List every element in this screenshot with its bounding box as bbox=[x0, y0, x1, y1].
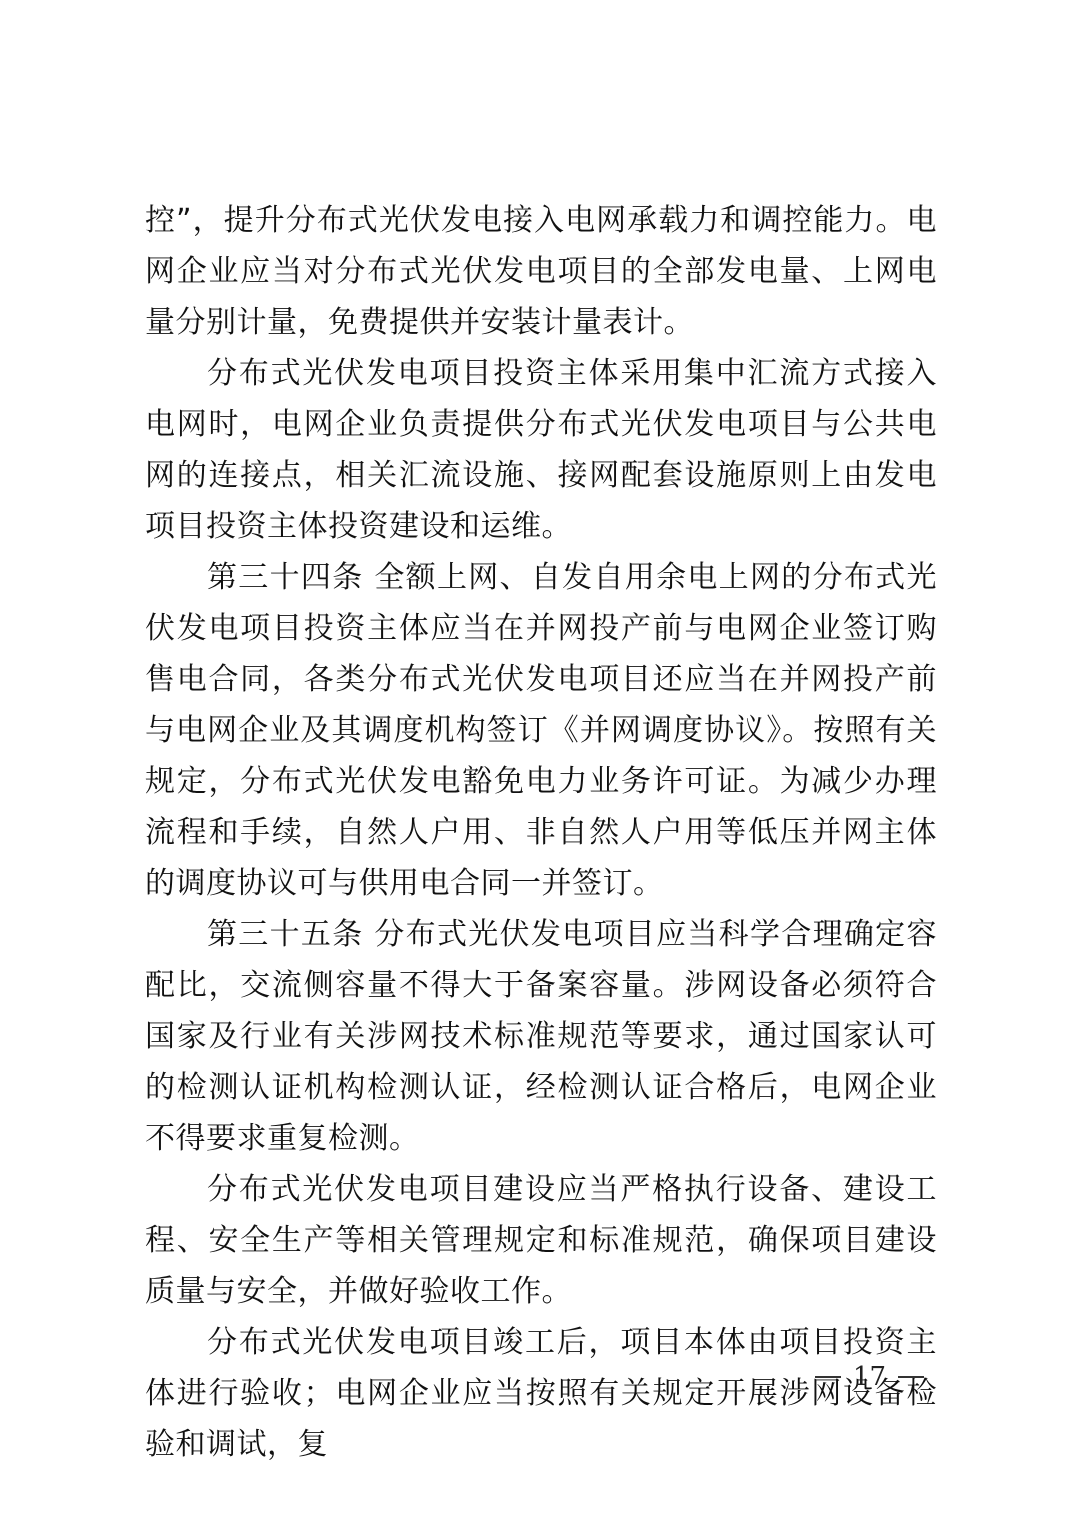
document-body: 控”，提升分布式光伏发电接入电网承载力和调控能力。电网企业应当对分布式光伏发电项… bbox=[145, 195, 937, 1470]
paragraph-article-35: 第三十五条 分布式光伏发电项目应当科学合理确定容配比，交流侧容量不得大于备案容量… bbox=[145, 909, 937, 1164]
paragraph-centralized-grid-connection: 分布式光伏发电项目投资主体采用集中汇流方式接入电网时，电网企业负责提供分布式光伏… bbox=[145, 348, 937, 552]
paragraph-article-34: 第三十四条 全额上网、自发自用余电上网的分布式光伏发电项目投资主体应当在并网投产… bbox=[145, 552, 937, 909]
paragraph-construction-safety: 分布式光伏发电项目建设应当严格执行设备、建设工程、安全生产等相关管理规定和标准规… bbox=[145, 1164, 937, 1317]
right-dash-decoration bbox=[898, 1376, 924, 1378]
page-number: 17 bbox=[853, 1362, 886, 1392]
page-number-footer: 17 bbox=[815, 1362, 925, 1392]
paragraph-acceptance: 分布式光伏发电项目竣工后，项目本体由项目投资主体进行验收；电网企业应当按照有关规… bbox=[145, 1317, 937, 1470]
paragraph-continuation: 控”，提升分布式光伏发电接入电网承载力和调控能力。电网企业应当对分布式光伏发电项… bbox=[145, 195, 937, 348]
left-dash-decoration bbox=[815, 1376, 841, 1378]
